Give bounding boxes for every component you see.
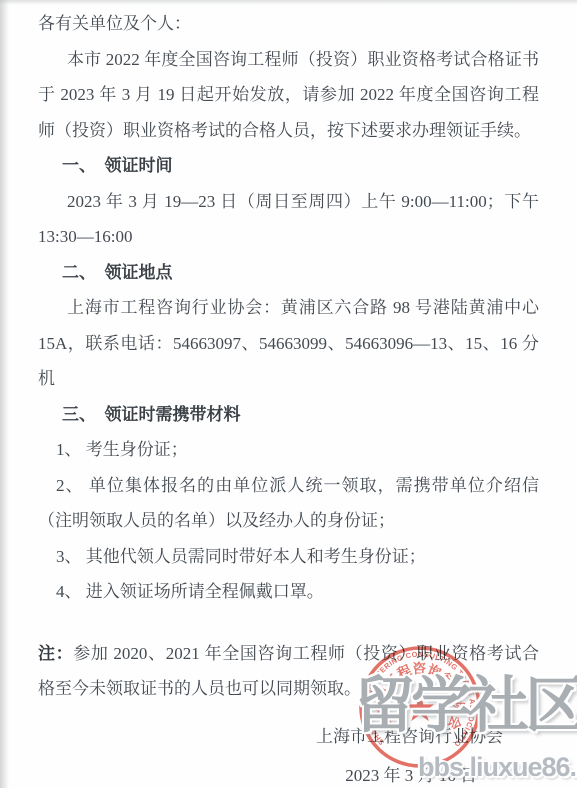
signature-date: 2023 年 3 月 16 日 <box>38 758 539 788</box>
note-paragraph: 注：参加 2020、2021 年全国咨询工程师（投资）职业资格考试合格至今未领取… <box>38 636 539 707</box>
salutation: 各有关单位及个人： <box>38 6 539 42</box>
section-3-heading: 三、 领证时需携带材料 <box>38 397 539 433</box>
section-1-heading: 一、 领证时间 <box>38 148 539 184</box>
material-item-4: 4、 进入领证场所请全程佩戴口罩。 <box>38 574 539 610</box>
intro-paragraph: 本市 2022 年度全国咨询工程师（投资）职业资格考试合格证书于 2023 年 … <box>38 42 539 149</box>
section-2-heading: 二、 领证地点 <box>38 255 539 291</box>
signature-org: 上海市工程咨询行业协会 <box>38 719 539 755</box>
note-label: 注： <box>38 644 73 663</box>
material-item-1: 1、 考生身份证； <box>38 432 539 468</box>
section-2-body: 上海市工程咨询行业协会：黄浦区六合路 98 号港陆黄浦中心 15A，联系电话：5… <box>38 290 539 397</box>
note-text: 参加 2020、2021 年全国咨询工程师（投资）职业资格考试合格至今未领取证书… <box>38 644 539 699</box>
document-page: 各有关单位及个人： 本市 2022 年度全国咨询工程师（投资）职业资格考试合格证… <box>0 0 577 788</box>
section-1-body: 2023 年 3 月 19—23 日（周日至周四）上午 9:00—11:00；下… <box>38 184 539 255</box>
material-item-2: 2、 单位集体报名的由单位派人统一领取，需携带单位介绍信（注明领取人员的名单）以… <box>38 468 539 539</box>
material-item-3: 3、 其他代领人员需同时带好本人和考生身份证； <box>38 539 539 575</box>
